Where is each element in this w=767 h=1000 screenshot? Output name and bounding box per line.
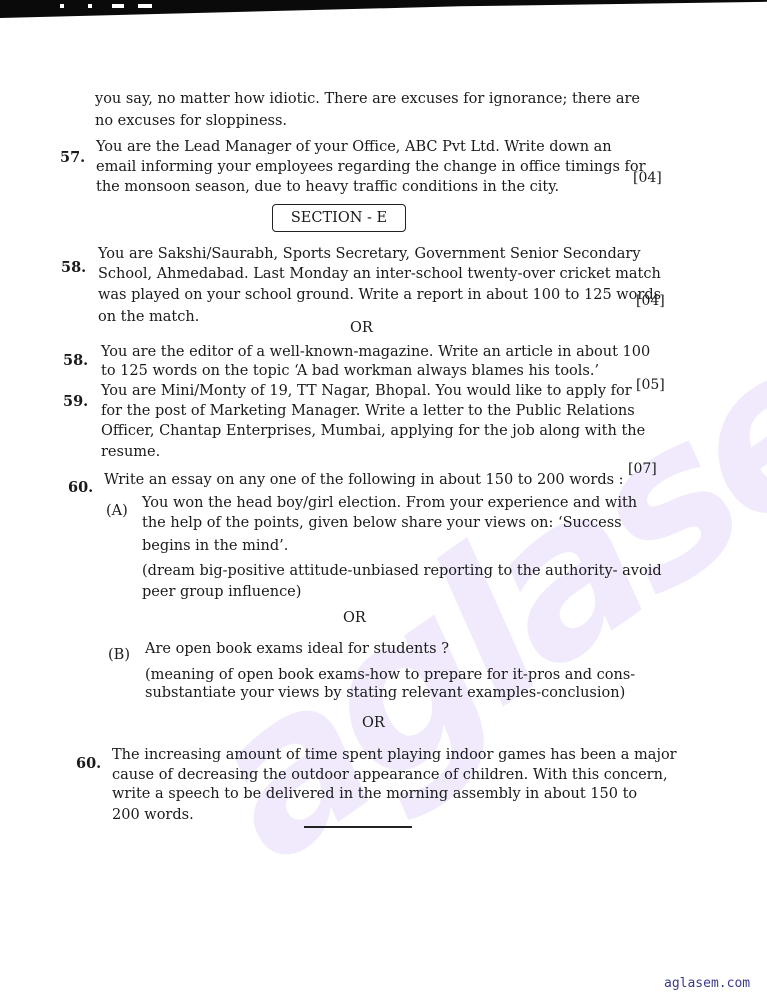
question-text: for the post of Marketing Manager. Write… <box>101 404 635 419</box>
continuation-line: no excuses for sloppiness. <box>95 114 287 129</box>
question-text: You are the editor of a well-known-magaz… <box>101 345 650 360</box>
question-text: on the match. <box>98 310 199 325</box>
footer-site-link[interactable]: aglasem.com <box>664 976 750 991</box>
marks-label: [04] <box>633 170 662 186</box>
question-text: You are Mini/Monty of 19, TT Nagar, Bhop… <box>101 384 632 399</box>
question-text: write a speech to be delivered in the mo… <box>112 787 637 802</box>
question-text: School, Ahmedabad. Last Monday an inter-… <box>98 267 661 282</box>
option-label: (A) <box>106 504 128 519</box>
option-hint: peer group influence) <box>142 585 301 600</box>
question-number: 59. <box>63 393 88 410</box>
marks-label: [05] <box>636 377 665 393</box>
option-label: (B) <box>108 648 130 663</box>
question-number: 60. <box>68 479 93 496</box>
end-rule <box>304 826 412 828</box>
question-text: cause of decreasing the outdoor appearan… <box>112 768 668 783</box>
question-text: email informing your employees regarding… <box>96 160 646 175</box>
question-text: was played on your school ground. Write … <box>98 288 661 303</box>
option-text: You won the head boy/girl election. From… <box>142 496 637 511</box>
question-number: 58. <box>61 259 86 276</box>
marks-label: [07] <box>628 461 657 477</box>
section-title: SECTION - E <box>291 210 387 226</box>
option-text: begins in the mind’. <box>142 539 288 554</box>
question-text: You are Sakshi/Saurabh, Sports Secretary… <box>98 247 641 262</box>
or-divider: OR <box>343 610 366 626</box>
continuation-line: you say, no matter how idiotic. There ar… <box>95 92 640 107</box>
or-divider: OR <box>362 715 385 731</box>
or-divider: OR <box>350 320 373 336</box>
marks-label: [04] <box>636 293 665 309</box>
question-text: the monsoon season, due to heavy traffic… <box>96 180 559 195</box>
question-text: The increasing amount of time spent play… <box>112 748 677 763</box>
scan-edge-bar <box>0 0 767 18</box>
question-text: resume. <box>101 445 160 460</box>
option-hint: (meaning of open book exams-how to prepa… <box>145 668 635 683</box>
option-text: Are open book exams ideal for students ? <box>145 642 449 657</box>
question-text: to 125 words on the topic ‘A bad workman… <box>101 364 599 379</box>
option-hint: substantiate your views by stating relev… <box>145 686 625 701</box>
section-heading: SECTION - E <box>272 204 406 232</box>
question-number: 57. <box>60 149 85 166</box>
option-text: the help of the points, given below shar… <box>142 516 622 531</box>
question-text: Officer, Chantap Enterprises, Mumbai, ap… <box>101 424 645 439</box>
option-hint: (dream big-positive attitude-unbiased re… <box>142 564 662 579</box>
question-text: Write an essay on any one of the followi… <box>104 473 624 488</box>
question-number: 60. <box>76 755 101 772</box>
question-number: 58. <box>63 352 88 369</box>
question-text: You are the Lead Manager of your Office,… <box>96 140 612 155</box>
question-text: 200 words. <box>112 808 194 823</box>
